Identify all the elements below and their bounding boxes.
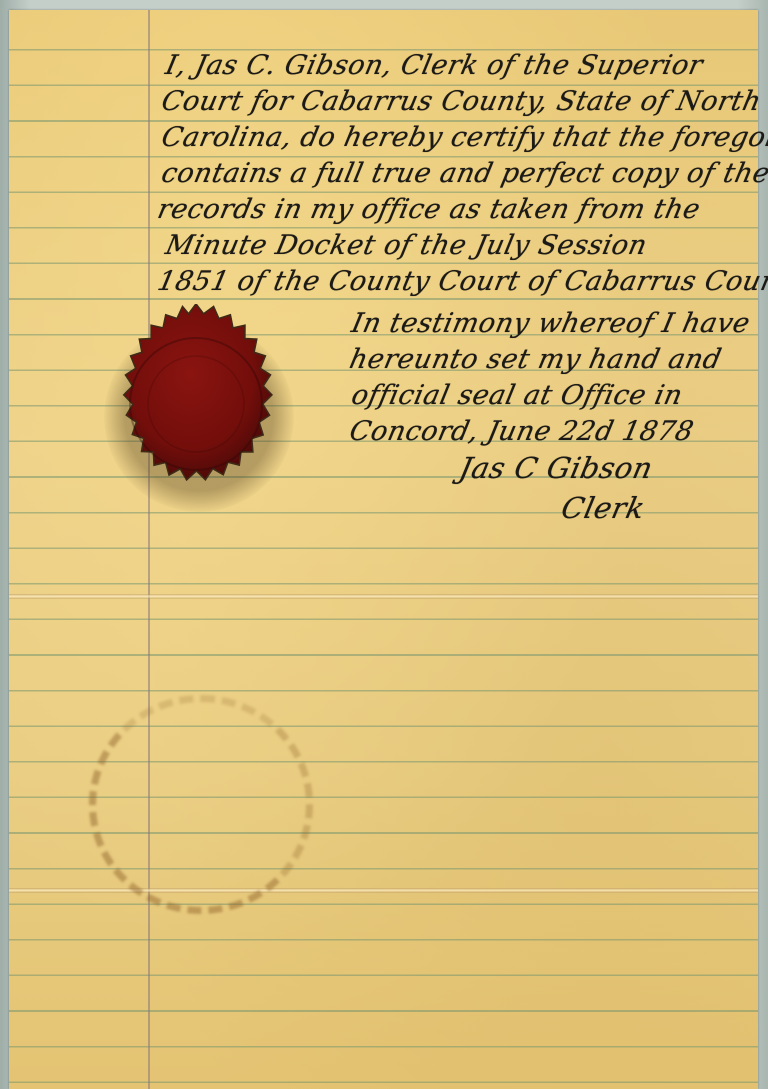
cert-line-7: 1851 of the County Court of Cabarrus Cou…: [154, 264, 768, 300]
testimony-line-4: Concord, June 22d 1878: [346, 414, 697, 450]
margin-line: [148, 10, 150, 1089]
cert-line-4: contains a full true and perfect copy of…: [158, 156, 768, 192]
fold-crease-upper: [9, 594, 758, 599]
testimony-line-2: hereunto set my hand and: [346, 342, 725, 378]
signature-name: Jas C Gibson: [456, 450, 656, 486]
cert-line-2: Court for Cabarrus County, State of Nort…: [158, 84, 764, 120]
signature-title: Clerk: [558, 490, 648, 526]
ring-stain: [89, 695, 313, 914]
testimony-line-3: official seal at Office in: [348, 378, 686, 414]
cert-line-5: records in my office as taken from the: [154, 192, 704, 228]
fold-crease-lower: [9, 888, 758, 893]
cert-line-6: Minute Docket of the July Session: [162, 228, 650, 264]
cert-line-3: Carolina, do hereby certify that the for…: [158, 120, 768, 156]
cert-line-1: I, Jas C. Gibson, Clerk of the Superior: [162, 48, 706, 84]
testimony-line-1: In testimony whereof I have: [348, 306, 753, 342]
red-wax-seal-icon: [96, 304, 296, 504]
